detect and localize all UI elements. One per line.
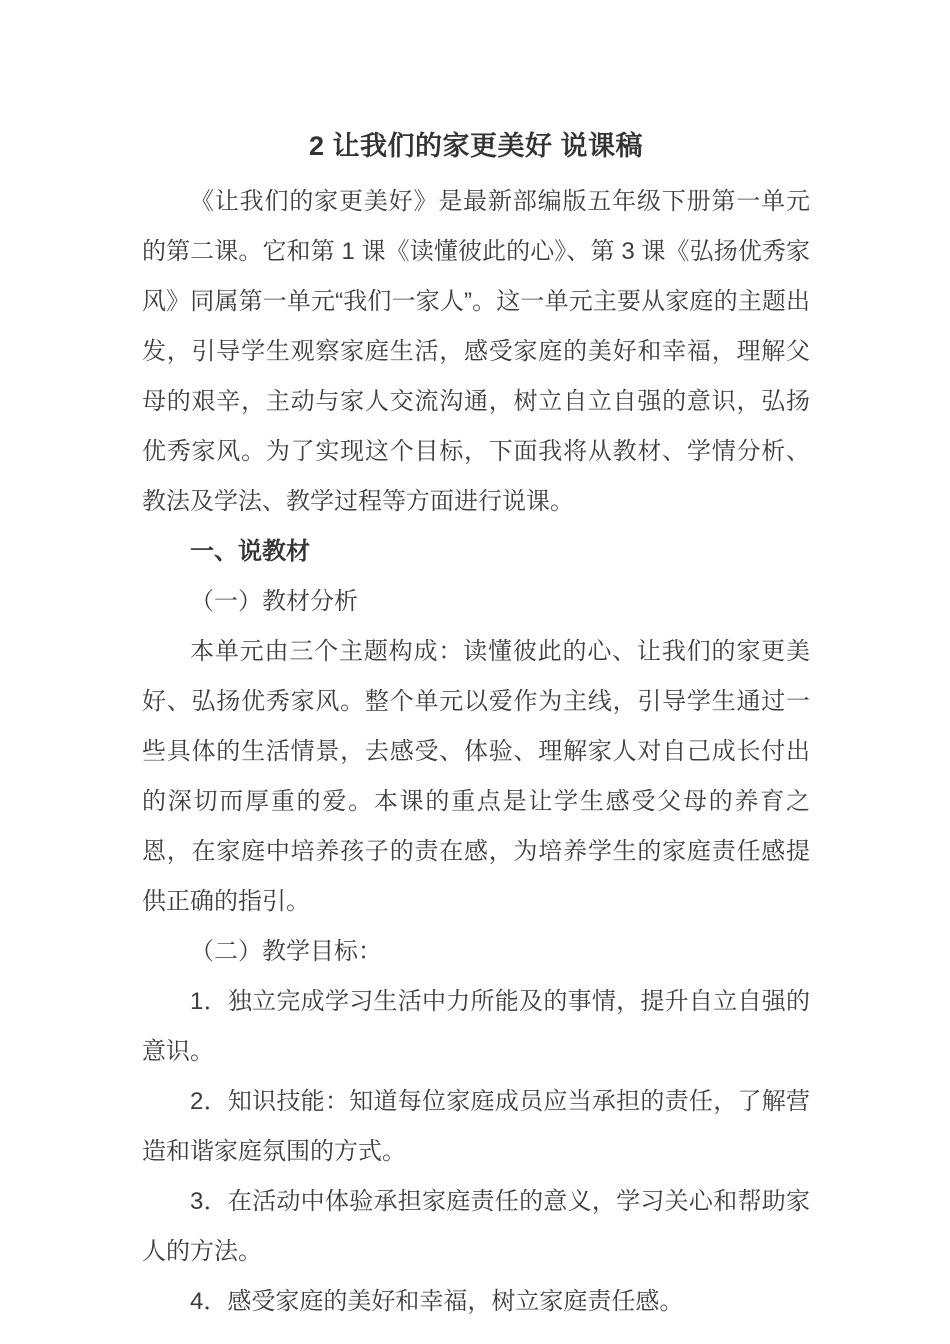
goal-item-1: 1．独立完成学习生活中力所能及的事情，提升自立自强的意识。 [142, 977, 810, 1077]
paragraph-course-intro: 《让我们的家更美好》是最新部编版五年级下册第一单元的第二课。它和第 1 课《读懂… [142, 177, 810, 527]
subsection-heading-teaching-goals: （二）教学目标： [142, 927, 810, 977]
document-title: 2 让我们的家更美好 说课稿 [142, 121, 810, 171]
subsection-heading-material-analysis: （一）教材分析 [142, 577, 810, 627]
section-heading-shuo-jiaocai: 一、说教材 [142, 527, 810, 577]
goal-item-4: 4．感受家庭的美好和幸福，树立家庭责任感。 [142, 1277, 810, 1327]
goal-item-3: 3．在活动中体验承担家庭责任的意义，学习关心和帮助家人的方法。 [142, 1177, 810, 1277]
document-page: 2 让我们的家更美好 说课稿 《让我们的家更美好》是最新部编版五年级下册第一单元… [0, 0, 950, 1344]
goal-item-2: 2．知识技能：知道每位家庭成员应当承担的责任，了解营造和谐家庭氛围的方式。 [142, 1077, 810, 1177]
paragraph-unit-analysis: 本单元由三个主题构成：读懂彼此的心、让我们的家更美好、弘扬优秀家风。整个单元以爱… [142, 627, 810, 927]
